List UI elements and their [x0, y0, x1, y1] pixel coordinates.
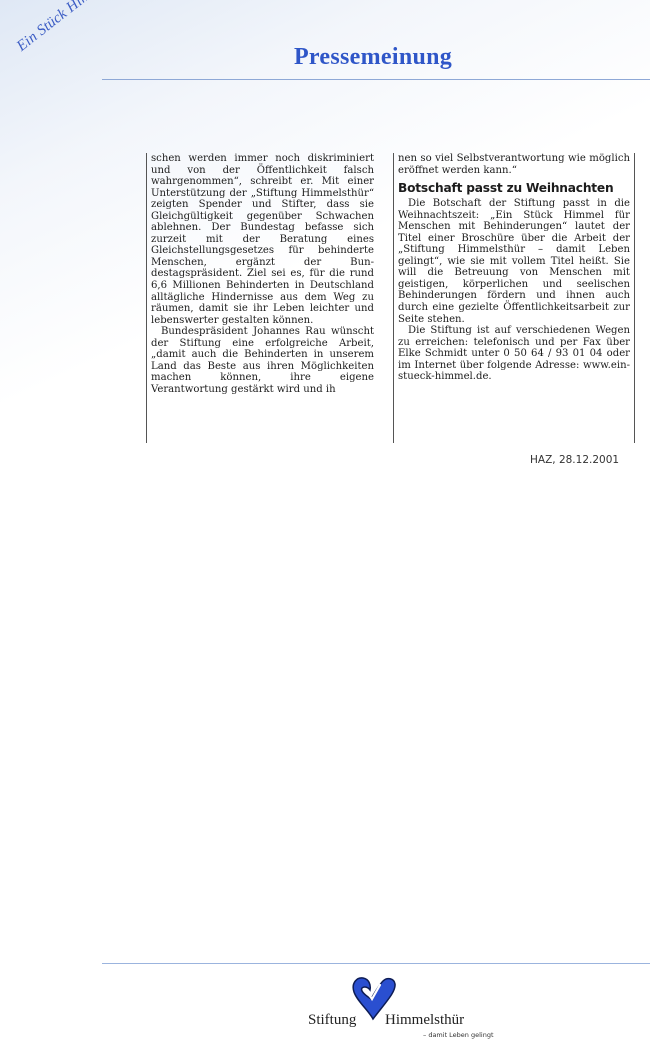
- article-paragraph: nen so viel Selbstverantwortung wie mögl…: [398, 153, 630, 176]
- article-paragraph: schen werden immer noch diskrimi­niert u…: [151, 153, 374, 326]
- article-paragraph: Die Botschaft der Stiftung passt in die …: [398, 198, 630, 325]
- logo-text-stiftung: Stiftung: [308, 1012, 356, 1029]
- article-paragraph: Die Stiftung ist auf verschiedenen Wegen…: [398, 325, 630, 383]
- footer-divider: [102, 963, 650, 964]
- logo-text-himmelsthuer: Himmelsthür: [385, 1012, 464, 1029]
- logo-tagline: – damit Leben gelingt: [423, 1031, 494, 1039]
- source-citation: HAZ, 28.12.2001: [530, 454, 619, 466]
- foundation-logo: Stiftung Himmelsthür – damit Leben gelin…: [305, 975, 505, 1045]
- page-title: Pressemeinung: [0, 44, 650, 71]
- header-divider: [102, 79, 650, 80]
- article-paragraph: Bundespräsident Johannes Rau wünscht der…: [151, 326, 374, 395]
- article-subheading: Botschaft passt zu Weihnachten: [398, 181, 630, 195]
- article-column-left: schen werden immer noch diskrimi­niert u…: [146, 153, 374, 443]
- article-column-right: nen so viel Selbstverantwortung wie mögl…: [393, 153, 635, 443]
